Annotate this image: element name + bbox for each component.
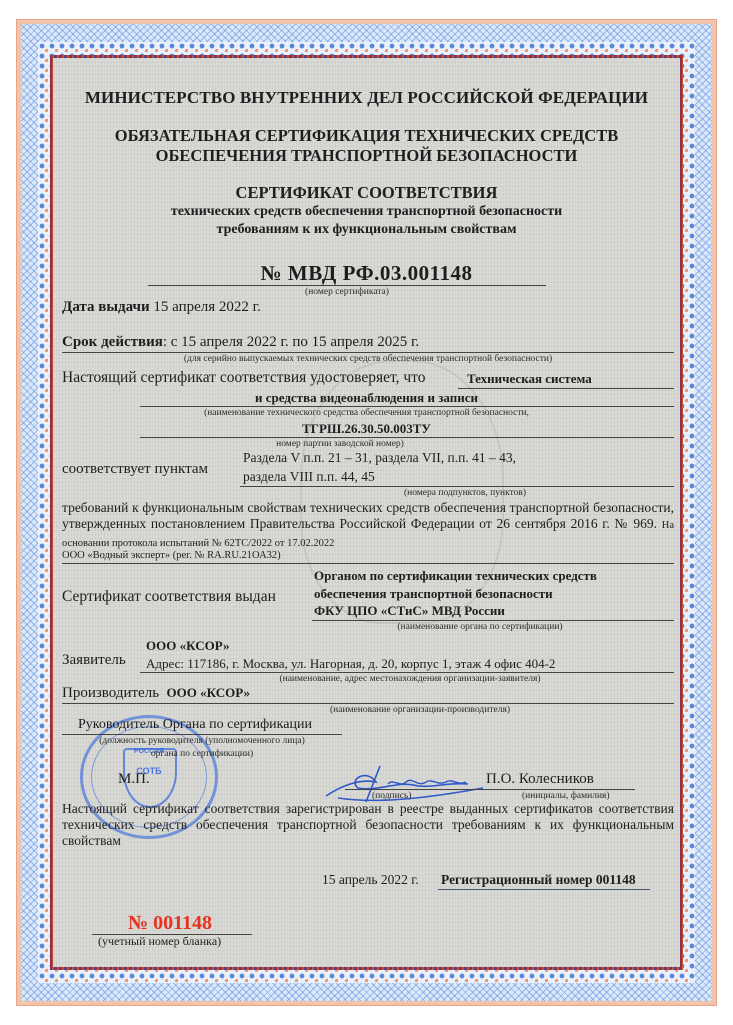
manufacturer-underline [62, 703, 674, 704]
testing-laboratory: ООО «Водный эксперт» (рег. № RA.RU.21ОА3… [62, 550, 281, 561]
product-name-underline2 [140, 406, 674, 407]
issuer-line2: обеспечения транспортной безопасности [314, 586, 553, 602]
applicant-label: Заявитель [62, 652, 126, 669]
certificate-title: СЕРТИФИКАТ СООТВЕТСТВИЯ [53, 183, 680, 203]
certificate-subtitle-line1: технических средств обеспечения транспор… [53, 204, 680, 220]
validity-caption: (для серийно выпускаемых технических сре… [62, 354, 674, 364]
registry-date: 15 апрель 2022 г. [322, 872, 419, 888]
signatory-name: П.О. Колесников [486, 771, 594, 788]
certificate-number-underline [148, 285, 546, 286]
issue-date-label: Дата выдачи [62, 299, 150, 315]
registration-number: Регистрационный номер 001148 [441, 872, 636, 888]
product-name-line2: и средства видеонаблюдения и записи [53, 390, 680, 406]
form-number: № 001148 [128, 912, 212, 935]
manufacturer-name: ООО «КСОР» [167, 685, 250, 700]
manufacturer-label-text: Производитель [62, 685, 159, 701]
issuer-caption: (наименование органа по сертификации) [360, 622, 600, 632]
validity-label: Срок действия [62, 334, 163, 350]
product-intro: Настоящий сертификат соответствия удосто… [62, 369, 425, 387]
signatory-position: Руководитель Органа по сертификации [78, 717, 312, 733]
testing-laboratory-underline [62, 563, 674, 564]
applicant-address: Адрес: 117186, г. Москва, ул. Нагорная, … [146, 656, 555, 672]
name-caption: (инициалы, фамилия) [522, 791, 610, 801]
signatory-position-caption1: (должность руководителя (уполномоченного… [62, 736, 342, 746]
signatory-position-caption2: органа по сертификации) [62, 749, 342, 759]
applicant-name: ООО «КСОР» [146, 638, 229, 654]
registry-statement: Настоящий сертификат соответствия зареги… [62, 801, 674, 849]
compliance-points-line1: Раздела V п.п. 21 – 31, раздела VII, п.п… [243, 450, 516, 466]
form-number-caption: (учетный номер бланка) [98, 934, 221, 949]
certificate-number: № МВД РФ.03.001148 [53, 261, 680, 286]
validity-underline [62, 352, 674, 353]
product-name-underline1 [458, 388, 674, 389]
certificate-number-caption: (номер сертификата) [148, 287, 546, 297]
signature-underline [345, 789, 635, 790]
manufacturer-label: Производитель ООО «КСОР» [62, 685, 250, 702]
issuer-line3: ФКУ ЦПО «СТиС» МВД России [314, 603, 505, 619]
registration-number-underline [438, 889, 650, 890]
product-name-caption: (наименование технического средства обес… [53, 408, 680, 418]
certification-type-line1: ОБЯЗАТЕЛЬНАЯ СЕРТИФИКАЦИЯ ТЕХНИЧЕСКИХ СР… [53, 126, 680, 146]
seal-label: М.П. [118, 771, 150, 788]
ministry-heading: МИНИСТЕРСТВО ВНУТРЕННИХ ДЕЛ РОССИЙСКОЙ Ф… [53, 88, 680, 108]
compliance-points-line2: раздела VIII п.п. 44, 45 [243, 469, 375, 485]
product-name-line1: Техническая система [467, 371, 592, 387]
certification-type-line2: ОБЕСПЕЧЕНИЯ ТРАНСПОРТНОЙ БЕЗОПАСНОСТИ [53, 146, 680, 166]
compliance-points-caption: (номера подпунктов, пунктов) [345, 488, 585, 498]
validity-value: : с 15 апреля 2022 г. по 15 апреля 2025 … [163, 334, 419, 350]
issuer-line1: Органом по сертификации технических сред… [314, 568, 597, 584]
issuer-underline [312, 620, 674, 621]
compliance-requirements-text: требований к функциональным свойствам те… [62, 500, 674, 552]
product-code-caption: номер партии заводской номер) [240, 439, 440, 449]
compliance-label: соответствует пунктам [62, 461, 208, 478]
applicant-caption: (наименование, адрес местонахождения орг… [200, 674, 620, 684]
product-code: ТГРШ.26.30.50.003ТУ [53, 421, 680, 437]
signatory-position-underline [62, 734, 342, 735]
issue-date-value: 15 апреля 2022 г. [153, 299, 261, 315]
signature-caption: (подпись) [372, 791, 411, 801]
manufacturer-caption: (наименование организации-производителя) [300, 705, 540, 715]
certificate-subtitle-line2: требованиям к их функциональным свойства… [53, 222, 680, 238]
compliance-points-underline [240, 486, 674, 487]
product-code-underline [140, 437, 674, 438]
applicant-underline [140, 672, 674, 673]
compliance-requirements-body: требований к функциональным свойствам те… [62, 500, 674, 531]
validity-period: Срок действия: с 15 апреля 2022 г. по 15… [62, 334, 419, 351]
issuer-label: Сертификат соответствия выдан [62, 588, 276, 606]
issue-date: Дата выдачи 15 апреля 2022 г. [62, 299, 261, 316]
